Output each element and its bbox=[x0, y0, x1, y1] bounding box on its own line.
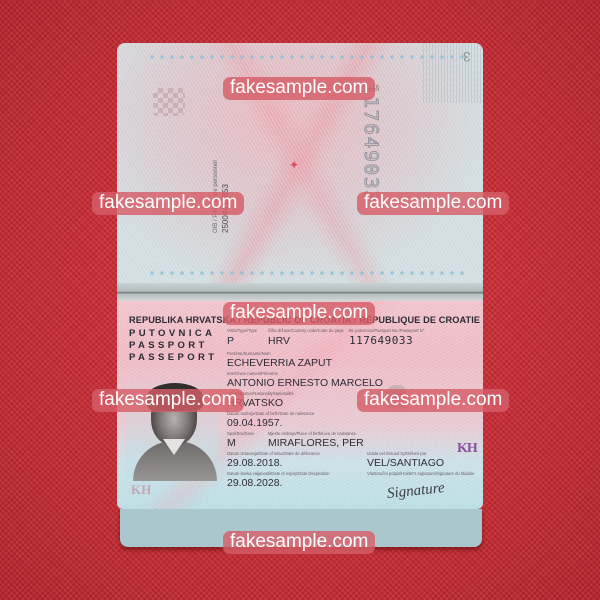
given-names-label: Ime/Given names/Prénoms bbox=[227, 371, 278, 376]
expiry-value: 29.08.2028. bbox=[227, 477, 282, 489]
type-label: Vrsta/Type/Type bbox=[227, 328, 257, 333]
given-names-value: ANTONIO ERNESTO MARCELO bbox=[227, 377, 383, 389]
surname-label: Prezime/Surname/Nom bbox=[227, 351, 271, 356]
doc-title-fr: PASSEPORT bbox=[129, 352, 218, 363]
issued-by-value: VEL/SANTIAGO bbox=[367, 457, 444, 469]
passport-no-value: 117649033 bbox=[349, 334, 413, 347]
doc-title-hr: PUTOVNICA bbox=[129, 328, 215, 339]
dots-border-bottom bbox=[147, 269, 467, 277]
holder-signature: Signature bbox=[386, 480, 445, 503]
pob-label: Mjesto rođenja/Place of birth/Lieu de na… bbox=[268, 431, 356, 436]
dob-label: Datum rođenja/Date of birth/Date de nais… bbox=[227, 411, 314, 416]
uv-mark-icon: ✦ bbox=[289, 158, 299, 172]
guilloche-stripes bbox=[423, 43, 483, 103]
issue-date-label: Datum izdavanja/Date of issue/Date de dé… bbox=[227, 451, 320, 456]
country-code-value: HRV bbox=[268, 335, 290, 347]
passport-spine bbox=[117, 283, 483, 301]
kh-security-mark: KH bbox=[457, 441, 477, 457]
dots-border-top bbox=[147, 53, 467, 61]
watermark: fakesample.com bbox=[92, 389, 244, 412]
issue-date-value: 29.08.2018. bbox=[227, 457, 282, 469]
watermark: fakesample.com bbox=[223, 302, 375, 325]
type-value: P bbox=[227, 335, 234, 347]
doc-title-en: PASSPORT bbox=[129, 340, 208, 351]
signature-label: Vlastoručni potpis/Holder's signature/Si… bbox=[367, 471, 474, 476]
watermark: fakesample.com bbox=[357, 192, 509, 215]
sex-label: Spol/Sex/Sexe bbox=[227, 431, 254, 436]
expiry-label: Datum isteka valjanosti/Date of expiry/D… bbox=[227, 471, 330, 476]
surname-value: ECHEVERRIA ZAPUT bbox=[227, 357, 332, 369]
issued-by-label: Izdala ovl./Issued by/Délivré par bbox=[367, 451, 426, 456]
watermark: fakesample.com bbox=[223, 77, 375, 100]
country-code-label: Šifra države/Country code/Code du pays bbox=[268, 328, 343, 333]
dob-value: 09.04.1957. bbox=[227, 417, 282, 429]
passport-no-label: Br. putovnice/Passport No./Passeport N° bbox=[349, 328, 424, 333]
sex-value: M bbox=[227, 437, 236, 449]
pob-value: MIRAFLORES, PER bbox=[268, 437, 364, 449]
perforated-passport-number: 117649033 bbox=[360, 83, 382, 204]
kh-faded-mark: KH bbox=[131, 482, 151, 498]
passport-document: 3 ✦ OIB / PIN / Code personnel 250044188… bbox=[117, 43, 483, 543]
watermark: fakesample.com bbox=[223, 531, 375, 554]
watermark: fakesample.com bbox=[357, 389, 509, 412]
croatian-checkerboard-icon bbox=[153, 88, 185, 116]
watermark: fakesample.com bbox=[92, 192, 244, 215]
page-number: 3 bbox=[463, 49, 471, 65]
